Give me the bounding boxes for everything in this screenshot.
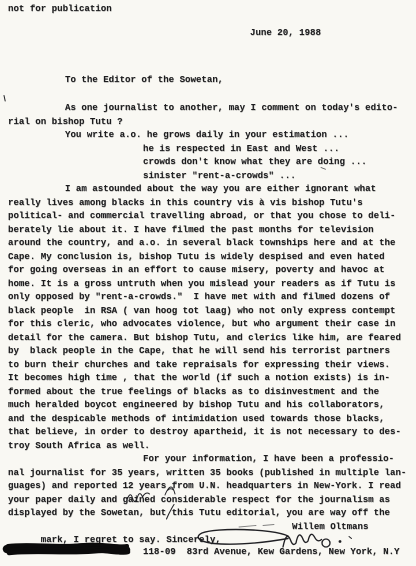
letter-line: much heralded boycot engineered by bisho… <box>8 398 416 412</box>
letter-line: You write a.o. he grows daily in your es… <box>8 128 416 142</box>
letter-line: Cape. My conclusion is, bishop Tutu is w… <box>8 250 416 264</box>
letter-line: only opposed by "rent-a-crowds." I have … <box>8 290 416 304</box>
letter-line: formed about the true feelings of blacks… <box>8 385 416 399</box>
letter-line: for this cleric, who advocates violence,… <box>8 317 416 331</box>
letter-line: by black people in the Cape, that he wil… <box>8 344 416 358</box>
closing-line: mark, I regret to say. Sincerely, <box>41 534 221 545</box>
letter-line: he is respected in East and West ... <box>8 142 416 156</box>
letter-line: guages) and reported 12 years from U.N. … <box>8 479 416 493</box>
letter-line: your paper daily and gained considerable… <box>8 493 416 507</box>
letter-line: around the country, and a.o. in several … <box>8 236 416 250</box>
letter-line: really lives among blacks in this countr… <box>8 196 416 210</box>
letter-line: and the despicable methods of intimidati… <box>8 412 416 426</box>
letter-line: detail for the camera. But bishop Tutu, … <box>8 331 416 345</box>
letter-line: to burn their churches and take repraisa… <box>8 358 416 372</box>
letter-body: As one journalist to another, may I comm… <box>8 101 416 533</box>
letter-line: black people in RSA ( van hoog tot laag)… <box>8 304 416 318</box>
letter-line: displayed by the Sowetan, but this Tutu … <box>8 506 416 520</box>
letter-line: nal journalist for 35 years, written 35 … <box>8 466 416 480</box>
letter-line: that believe, in order to destroy aparth… <box>8 425 416 439</box>
address-line: 118-09 83rd Avenue, Kew Gardens, New Yor… <box>143 546 400 557</box>
letter-line: home. It is a gross untruth when you mis… <box>8 277 416 291</box>
letter-date: June 20, 1988 <box>250 27 321 38</box>
letter-line: It becomes high time , that the world (i… <box>8 371 416 385</box>
letter-line: rial on bishop Tutu ? <box>8 115 416 129</box>
signatory-name: Willem Oltmans <box>292 520 368 534</box>
letter-line: I am astounded about the way you are eit… <box>8 182 416 196</box>
letter-line: berately lie about it. I have filmed the… <box>8 223 416 237</box>
closing-row: mark, I regret to say. Sincerely, Willem… <box>8 520 416 534</box>
salutation: To the Editor of the Sowetan, <box>65 74 223 85</box>
letter-page: not for publication June 20, 1988 To the… <box>0 0 416 566</box>
letter-line: sinister "rent-a-crowds" ... <box>8 169 416 183</box>
letter-line: For your information, I have been a prof… <box>8 452 416 466</box>
letter-line: troy South Africa as well. <box>8 439 416 453</box>
letter-line: political- and commercial travelling abr… <box>8 209 416 223</box>
letter-line: As one journalist to another, may I comm… <box>8 101 416 115</box>
letter-line: for going overseas in an effort to cause… <box>8 263 416 277</box>
classification-stamp: not for publication <box>8 3 112 14</box>
letter-line: crowds don't know what they are doing ..… <box>8 155 416 169</box>
